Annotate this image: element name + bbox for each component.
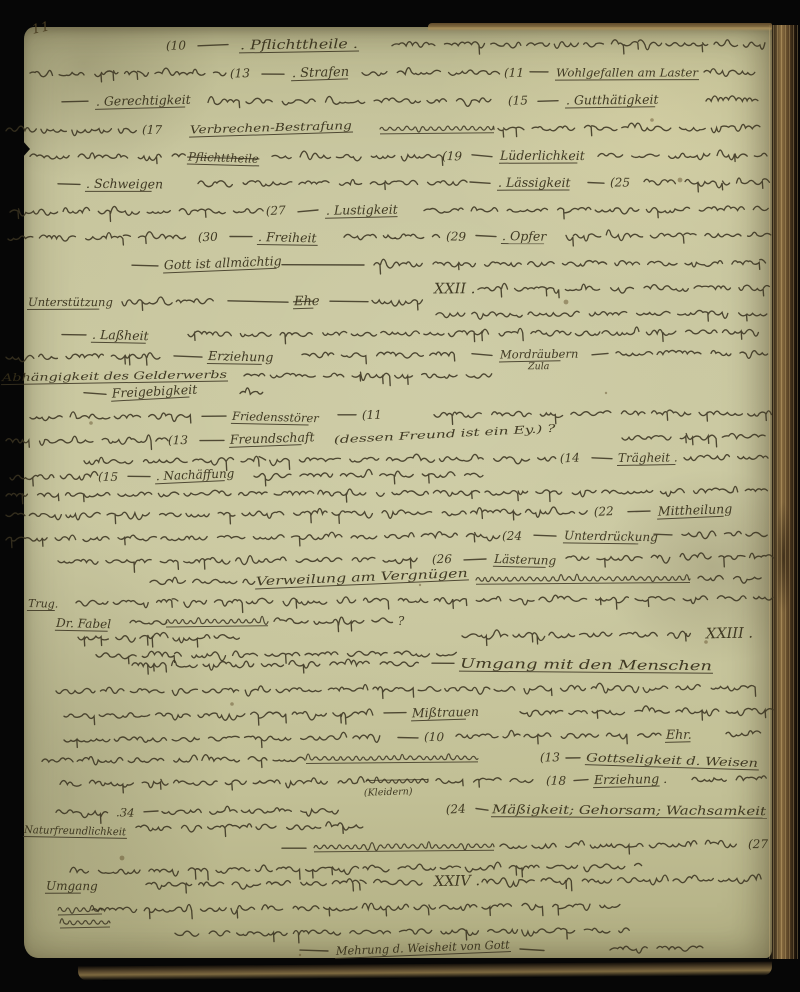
latin-term: Freigebigkeit (110, 382, 198, 402)
dash-stroke (132, 265, 158, 266)
dash-stroke (470, 182, 490, 183)
hebrew-script-stroke (684, 455, 768, 461)
manuscript-line: Verbrechen-Bestrafung(17 (6, 119, 760, 137)
hebrew-script-stroke (84, 454, 556, 470)
svg-text:.34: .34 (116, 805, 135, 820)
margin-reference-number: (24 (502, 529, 522, 543)
hebrew-script-stroke (162, 806, 338, 816)
svg-text:Erziehung .: Erziehung . (593, 771, 667, 787)
dash-stroke (228, 301, 288, 302)
manuscript-line: Mehrung d. Weisheit von Gott (300, 938, 703, 959)
hebrew-script-stroke (60, 777, 364, 793)
latin-term: Ehr. (665, 727, 692, 743)
margin-reference-number: (13 (230, 66, 250, 80)
hebrew-script-stroke (10, 206, 263, 221)
manuscript-line: (25. Lässigkeit. Schweigen (58, 175, 769, 192)
hebrew-script-stroke (274, 617, 393, 631)
section-numeral: XXIV . (433, 873, 480, 890)
hebrew-script-stroke (208, 96, 491, 107)
hebrew-script-stroke (6, 489, 384, 504)
hebrew-script-stroke (726, 731, 761, 737)
manuscript-line: Verweilung am Vergnügen (150, 566, 761, 589)
margin-reference-number: (14 (560, 451, 581, 466)
hebrew-script-stroke (682, 531, 767, 539)
svg-text:?: ? (398, 614, 405, 628)
underline (380, 133, 494, 134)
svg-text:Friedensstörer: Friedensstörer (231, 409, 321, 425)
margin-reference-number: (11 (362, 408, 382, 422)
svg-text:(29: (29 (446, 229, 467, 244)
latin-term: Mißtrauen (411, 704, 479, 721)
underline (476, 583, 690, 585)
svg-text:. Freiheit: . Freiheit (258, 229, 318, 245)
svg-text:Mißtrauen: Mißtrauen (411, 704, 479, 721)
manuscript-line: . Gutthätigkeit(15. Gerechtigkeit (62, 92, 758, 110)
manuscript-line: Wohlgefallen am Laster(11. Strafen(13 (30, 65, 755, 82)
hebrew-script-stroke (372, 300, 422, 310)
svg-text:Mordräubern: Mordräubern (499, 347, 579, 362)
dash-stroke (198, 45, 228, 46)
latin-term: ? (398, 614, 405, 628)
svg-text:Unterstützung: Unterstützung (28, 295, 113, 309)
manuscript-line (6, 486, 767, 503)
svg-text:(11: (11 (504, 66, 524, 80)
foxing-speck (650, 118, 654, 122)
svg-text:Unterdrückung: Unterdrückung (564, 528, 658, 544)
svg-text:. Lässigkeit: . Lässigkeit (498, 175, 572, 190)
latin-term: .34 (116, 805, 135, 820)
dash-stroke (574, 780, 588, 781)
latin-term: . Lässigkeit (497, 175, 572, 191)
manuscript-line: (Kleidern)(18Erziehung . (60, 771, 766, 799)
svg-text:(dessen Freund ist ein Ey.) ?: (dessen Freund ist ein Ey.) ? (334, 423, 557, 447)
dash-stroke (300, 950, 328, 951)
latin-term: Umgang (45, 879, 98, 894)
latin-term: Dr. Fabel (55, 616, 111, 632)
latin-term: Unterdrückung (563, 528, 658, 544)
hebrew-script-stroke (8, 232, 186, 245)
svg-text:(27: (27 (266, 203, 287, 218)
dash-stroke (476, 236, 496, 237)
margin-reference-number: (24 (445, 802, 466, 817)
svg-text:. Opfer: . Opfer (502, 228, 547, 244)
svg-text:Lästerung: Lästerung (493, 552, 557, 568)
latin-term: . Gerechtigkeit (95, 92, 192, 110)
manuscript-line (56, 683, 756, 698)
margin-reference-number: (25 (610, 175, 630, 189)
hebrew-script-stroke (122, 297, 213, 310)
manuscript-line: UnterstützungEhe (27, 294, 422, 310)
underline (555, 80, 699, 81)
svg-text:Freundschaft: Freundschaft (229, 429, 316, 447)
hebrew-script-stroke (392, 486, 767, 501)
manuscript-line: . Opfer(29. Freiheit(30 (8, 228, 771, 246)
hebrew-script-stroke (188, 328, 600, 343)
hebrew-script-stroke (374, 259, 766, 274)
margin-reference-number: (10 (166, 38, 186, 52)
hebrew-script-stroke (434, 410, 771, 424)
hebrew-script-stroke (198, 180, 467, 190)
latin-term: Freundschaft (229, 429, 316, 447)
foxing-speck (678, 178, 683, 183)
dash-stroke (58, 184, 80, 185)
svg-text:Lüderlichkeit: Lüderlichkeit (499, 148, 586, 163)
latin-term: Mäßigkeit; Gehorsam; Wachsamkeit (491, 802, 767, 818)
underline (293, 308, 313, 309)
handwriting-layer: (10. Pflichttheile .Wohlgefallen am Last… (0, 0, 800, 992)
svg-text:(13: (13 (230, 66, 250, 80)
manuscript-line (92, 903, 620, 918)
dash-stroke (144, 811, 158, 812)
margin-reference-number: (11 (504, 66, 524, 80)
svg-text:Gott ist allmächtig: Gott ist allmächtig (164, 253, 282, 272)
svg-text:. Gutthätigkeit: . Gutthätigkeit (566, 92, 660, 108)
manuscript-line: UmgangXXIV . (45, 873, 761, 894)
latin-script-stroke (380, 126, 494, 132)
svg-text:. Schweigen: . Schweigen (86, 176, 163, 192)
underline (27, 309, 99, 310)
hebrew-script-stroke (30, 412, 191, 423)
svg-text:Wohlgefallen am Laster: Wohlgefallen am Laster (556, 67, 699, 80)
margin-reference-number: (27 (748, 837, 768, 851)
manuscript-line: Unterdrückung(24 (6, 528, 767, 547)
svg-text:Dr. Fabel: Dr. Fabel (55, 616, 111, 631)
underline (45, 893, 81, 894)
latin-term: Umgang mit den Menschen (459, 657, 713, 675)
hebrew-script-stroke (6, 126, 136, 135)
svg-text:Ehr.: Ehr. (665, 727, 692, 742)
latin-term: Lästerung (493, 552, 557, 568)
latin-script-stroke (476, 574, 690, 581)
svg-text:Verweilung am Vergnügen: Verweilung am Vergnügen (256, 566, 468, 588)
latin-term: Unterstützung (27, 295, 113, 310)
latin-term: . Laßheit (91, 327, 150, 344)
dash-stroke (534, 535, 556, 536)
svg-text:(15: (15 (98, 470, 118, 484)
svg-text:(13: (13 (540, 750, 561, 764)
svg-text:(15: (15 (508, 93, 528, 107)
margin-reference-number: (27 (266, 203, 287, 218)
margin-reference-number: (30 (198, 230, 219, 245)
svg-text:Umgang: Umgang (46, 879, 98, 893)
dash-stroke (588, 183, 604, 184)
hebrew-script-stroke (392, 40, 765, 54)
latin-term: Naturfreundlichkeit (23, 824, 127, 839)
dash-stroke (174, 356, 202, 357)
manuscript-line: Trug. (27, 595, 773, 612)
manuscript-line: Ehr.(10 (64, 727, 761, 748)
foxing-speck (120, 856, 125, 861)
svg-text:. Laßheit: . Laßheit (92, 327, 150, 344)
underline (27, 610, 55, 611)
manuscript-line: Lüderlichkeit(19Pflichttheile (30, 148, 767, 167)
svg-text:Trug.: Trug. (28, 597, 58, 611)
manuscript-line: XXIII . (78, 626, 753, 647)
manuscript-line (58, 905, 102, 915)
hebrew-script-stroke (616, 350, 768, 358)
dash-stroke (472, 354, 492, 356)
underline (501, 243, 544, 244)
hebrew-script-stroke (704, 69, 755, 77)
manuscript-line (60, 919, 110, 928)
manuscript-line: Gott ist allmächtig (132, 253, 766, 274)
svg-text:(26: (26 (432, 552, 453, 566)
latin-term: . Nachäffung (155, 466, 235, 484)
hebrew-script-stroke (698, 576, 761, 584)
margin-reference-number: (18 (546, 773, 567, 787)
latin-term: . Freiheit (257, 229, 318, 246)
latin-term: Lüderlichkeit (499, 148, 586, 164)
hebrew-script-stroke (30, 153, 185, 164)
margin-reference-number: (29 (446, 229, 467, 244)
foxing-speck (605, 392, 607, 394)
latin-script-stroke (314, 842, 494, 851)
hebrew-script-stroke (132, 659, 418, 674)
hebrew-script-stroke (482, 874, 761, 891)
latin-term: . Strafen (291, 65, 350, 82)
svg-text:XXII .: XXII . (433, 281, 475, 297)
hebrew-script-stroke (92, 903, 620, 918)
latin-script-stroke (166, 616, 268, 624)
manuscript-line: . Laßheit (62, 327, 758, 344)
foxing-speck (564, 300, 569, 305)
underline (665, 742, 691, 743)
latin-script-stroke (60, 919, 110, 925)
svg-text:(25: (25 (610, 175, 630, 189)
hebrew-script-stroke (566, 553, 773, 567)
hebrew-script-stroke (500, 840, 736, 854)
svg-text:(10: (10 (424, 730, 445, 744)
hebrew-script-stroke (436, 778, 533, 787)
svg-text:Mäßigkeit; Gehorsam; Wachsamke: Mäßigkeit; Gehorsam; Wachsamkeit (491, 802, 767, 818)
underline (314, 850, 494, 852)
svg-text:XXIV .: XXIV . (433, 873, 480, 890)
svg-text:(22: (22 (593, 504, 614, 519)
latin-term: Mittheilung (657, 501, 733, 519)
manuscript-line: (10. Pflichttheile . (166, 37, 765, 54)
margin-reference-number: (17 (142, 123, 163, 137)
svg-text:(10: (10 (166, 38, 186, 52)
foxing-speck (89, 421, 93, 425)
dash-stroke (464, 559, 486, 560)
hebrew-script-stroke (462, 630, 690, 646)
latin-term: . Pflichttheile . (239, 37, 359, 53)
hebrew-script-stroke (244, 372, 492, 385)
hebrew-script-stroke (302, 352, 455, 364)
latin-term: (dessen Freund ist ein Ey.) ? (334, 423, 557, 447)
hebrew-script-stroke (692, 776, 766, 782)
latin-term: Ehe (293, 294, 320, 309)
underline (306, 762, 478, 764)
hebrew-script-stroke (130, 620, 167, 624)
hebrew-script-stroke (478, 283, 769, 297)
margin-reference-number: (10 (424, 730, 445, 744)
dash-stroke (84, 393, 106, 395)
svg-text:Verbrechen-Bestrafung: Verbrechen-Bestrafung (190, 119, 352, 137)
margin-reference-number: (13 (168, 433, 188, 447)
dash-stroke (520, 949, 544, 951)
svg-text:Zula: Zula (527, 361, 550, 372)
latin-term: Zula (527, 361, 550, 372)
hebrew-script-stroke (362, 68, 500, 76)
margin-reference-number: (15 (508, 93, 528, 107)
foxing-speck (299, 954, 301, 956)
svg-text:(11: (11 (362, 408, 382, 422)
latin-term: Erziehung . (593, 771, 667, 788)
latin-script-stroke (306, 754, 478, 761)
hebrew-script-stroke (56, 683, 756, 698)
hebrew-script-stroke (436, 310, 767, 321)
latin-term: Trägheit . (617, 450, 678, 465)
svg-text:. Gerechtigkeit: . Gerechtigkeit (96, 92, 192, 109)
manuscript-line: Mittheilung(22 (6, 501, 732, 524)
hebrew-script-stroke (42, 755, 305, 768)
section-numeral: XXIII . (705, 626, 753, 643)
manuscript-line: MordräubernZulaErziehung (6, 347, 768, 373)
svg-text:XXIII .: XXIII . (705, 626, 753, 643)
margin-reference-number: (26 (432, 552, 453, 566)
hebrew-script-stroke (610, 946, 703, 953)
latin-term: Erziehung (207, 348, 274, 365)
dash-stroke (472, 155, 492, 157)
svg-text:(30: (30 (198, 230, 219, 245)
latin-term: Pflichttheile (187, 150, 260, 167)
svg-text:(Kleidern): (Kleidern) (364, 786, 413, 798)
hebrew-script-stroke (78, 633, 239, 647)
latin-term: . Opfer (501, 228, 547, 244)
margin-reference-number: (15 (98, 470, 118, 484)
hebrew-script-stroke (6, 509, 372, 524)
foxing-speck (419, 584, 421, 586)
margin-reference-number: (22 (593, 504, 614, 519)
manuscript-line: . Lustigkeit(27 (10, 202, 768, 222)
manuscript-line: Freigebigkeit (84, 382, 263, 402)
hebrew-script-stroke (136, 822, 363, 837)
hebrew-script-stroke (6, 435, 168, 449)
manuscript-line: (27 (282, 837, 768, 854)
hebrew-script-stroke (70, 862, 642, 880)
latin-term: Wohlgefallen am Laster (555, 67, 699, 81)
latin-term: Trug. (27, 597, 58, 611)
hebrew-script-stroke (30, 68, 226, 82)
svg-text:(18: (18 (546, 773, 567, 787)
manuscript-line: (11Friedensstörer (30, 408, 771, 426)
hebrew-script-stroke (498, 123, 760, 137)
underline (497, 190, 570, 191)
hebrew-script-stroke (64, 709, 373, 725)
manuscript-line: XXII . (433, 281, 769, 297)
latin-term: Verweilung am Vergnügen (255, 566, 469, 589)
svg-text:Naturfreundlichkeit: Naturfreundlichkeit (23, 824, 127, 838)
svg-text:Freigebigkeit: Freigebigkeit (110, 382, 198, 401)
svg-text:(24: (24 (502, 529, 522, 543)
hebrew-script-stroke (602, 327, 758, 341)
manuscript-line: Umgang mit den Menschen (132, 657, 713, 675)
margin-reference-number: (19 (442, 149, 463, 164)
svg-text:Erziehung: Erziehung (207, 348, 274, 365)
svg-text:(17: (17 (142, 123, 163, 137)
manuscript-line: . Nachäffung(15 (10, 466, 483, 486)
hebrew-script-stroke (150, 577, 255, 584)
hebrew-script-stroke (272, 151, 443, 165)
svg-text:(13: (13 (168, 433, 188, 447)
manuscript-line (436, 310, 767, 321)
hebrew-script-stroke (6, 353, 160, 365)
dash-stroke (592, 353, 608, 354)
svg-text:(14: (14 (560, 451, 581, 466)
manuscript-line: (dessen Freund ist ein Ey.) ?Freundschaf… (6, 423, 765, 450)
manuscript-line: .34(24Mäßigkeit; Gehorsam; Wachsamkeit (56, 802, 767, 824)
latin-term: Mordräubern (499, 347, 579, 362)
hebrew-script-stroke (6, 532, 500, 548)
manuscript-line: Abhängigkeit des Gelderwerbs (1, 369, 492, 386)
hebrew-script-stroke (644, 178, 769, 192)
dash-stroke (476, 809, 488, 811)
underline (85, 191, 152, 192)
manuscript-line: Mißtrauen (64, 704, 773, 725)
manuscript-line: Naturfreundlichkeit (23, 822, 363, 839)
latin-term: Mehrung d. Weisheit von Gott (335, 938, 511, 959)
underline (499, 163, 577, 164)
svg-text:. Lustigkeit: . Lustigkeit (326, 202, 399, 218)
strike-line (293, 301, 313, 302)
underline (60, 927, 110, 928)
hebrew-script-stroke (10, 472, 98, 486)
svg-text:Trägheit .: Trägheit . (618, 450, 678, 465)
latin-term: Gott ist allmächtig (163, 253, 282, 273)
hebrew-script-stroke (254, 469, 483, 485)
hebrew-script-stroke (424, 206, 768, 219)
svg-text:(27: (27 (748, 837, 768, 851)
hebrew-script-stroke (240, 388, 263, 394)
hebrew-script-stroke (146, 879, 422, 893)
hebrew-script-stroke (520, 706, 773, 720)
manuscript-line: Dr. Fabel? (55, 614, 405, 632)
dash-stroke (592, 458, 612, 459)
latin-term: . Lustigkeit (325, 202, 399, 219)
dash-stroke (628, 511, 650, 512)
hebrew-script-stroke (76, 595, 773, 612)
dash-stroke (330, 301, 368, 302)
foxing-speck (230, 702, 234, 706)
latin-term: Friedensstörer (231, 409, 321, 426)
hebrew-script-stroke (706, 96, 758, 101)
dash-stroke (538, 101, 558, 102)
underline (58, 914, 102, 915)
dash-stroke (62, 101, 88, 102)
latin-term: . Schweigen (85, 176, 163, 192)
hebrew-script-stroke (56, 810, 108, 823)
hebrew-script-stroke (566, 230, 771, 246)
latin-term: Gottseligkeit d. Weisen (585, 750, 759, 770)
svg-text:(19: (19 (442, 149, 463, 164)
hebrew-script-stroke (64, 732, 380, 747)
dash-stroke (298, 210, 318, 212)
hebrew-script-stroke (344, 234, 440, 240)
latin-term: (Kleidern) (364, 786, 413, 798)
latin-term: . Gutthätigkeit (565, 92, 660, 108)
svg-text:(24: (24 (445, 802, 466, 817)
manuscript-line: (13Gottseligkeit d. Weisen (42, 750, 759, 770)
hebrew-script-stroke (598, 150, 767, 161)
section-numeral: XXII . (433, 281, 475, 297)
latin-term: Verbrechen-Bestrafung (189, 119, 353, 137)
hebrew-script-stroke (622, 434, 765, 447)
margin-reference-number: (13 (540, 750, 561, 764)
hebrew-script-stroke (382, 507, 587, 520)
manuscript-line (70, 862, 642, 880)
underline (166, 626, 268, 627)
